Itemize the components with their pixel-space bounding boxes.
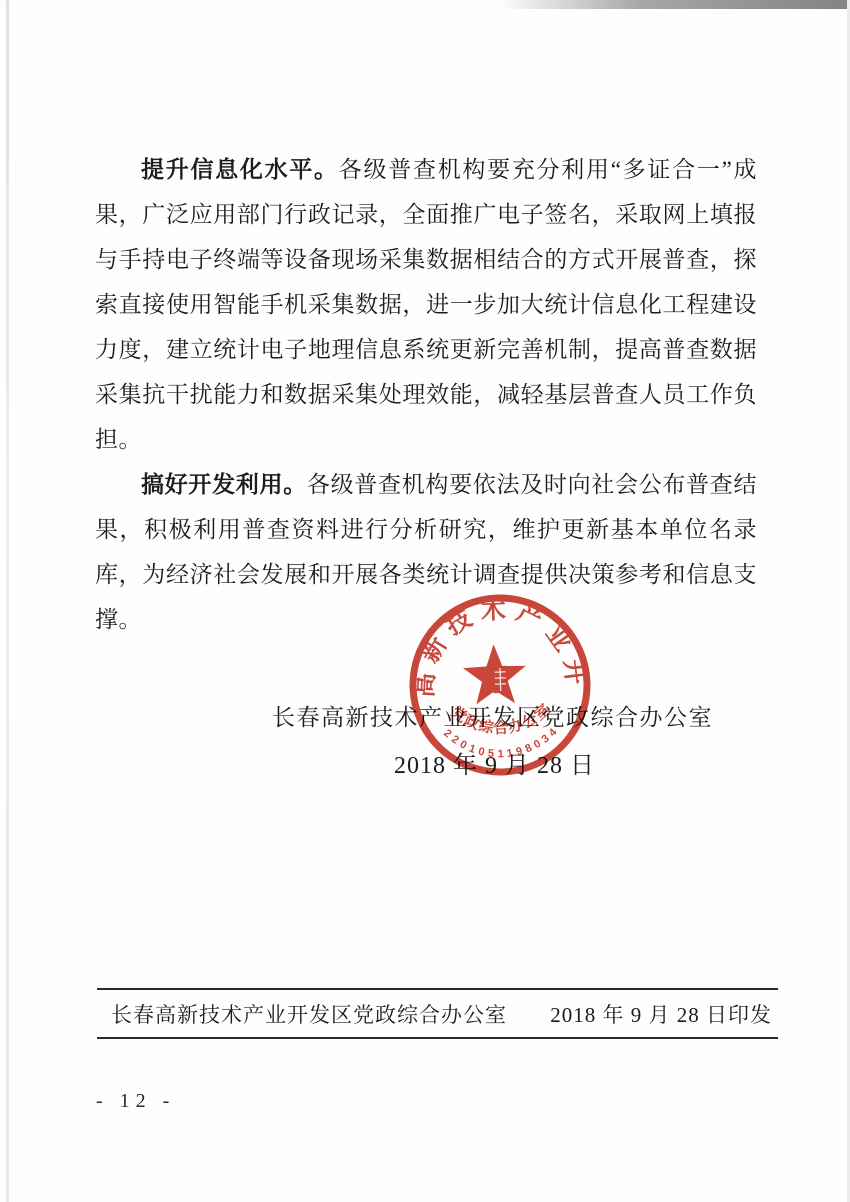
- paragraph-informatization: 提升信息化水平。各级普查机构要充分利用“多证合一”成果，广泛应用部门行政记录，全…: [95, 147, 757, 462]
- official-seal: 长春高新技术产业开发区 党政综合办公室 2201051198034: [390, 575, 609, 794]
- paragraph-lead: 搞好开发利用。: [141, 471, 307, 497]
- svg-text:党政综合办公室: 党政综合办公室: [447, 699, 555, 739]
- footer-print-date: 2018 年 9 月 28 日印发: [550, 999, 772, 1029]
- inner-square-seal-icon: [492, 666, 508, 694]
- scan-shadow-top-right: [500, 0, 850, 9]
- footer-issuer: 长春高新技术产业开发区党政综合办公室: [111, 999, 507, 1029]
- paragraph-text: 各级普查机构要充分利用“多证合一”成果，广泛应用部门行政记录，全面推广电子签名，…: [95, 157, 757, 452]
- document-page: 提升信息化水平。各级普查机构要充分利用“多证合一”成果，广泛应用部门行政记录，全…: [0, 0, 850, 1202]
- document-body: 提升信息化水平。各级普查机构要充分利用“多证合一”成果，广泛应用部门行政记录，全…: [95, 147, 757, 642]
- scan-edge-left: [6, 0, 9, 1202]
- seal-bottom-text: 党政综合办公室: [447, 699, 555, 739]
- page-number: - 12 -: [96, 1090, 175, 1113]
- colophon-footer: 长春高新技术产业开发区党政综合办公室 2018 年 9 月 28 日印发: [97, 988, 778, 1039]
- paragraph-lead: 提升信息化水平。: [141, 156, 339, 182]
